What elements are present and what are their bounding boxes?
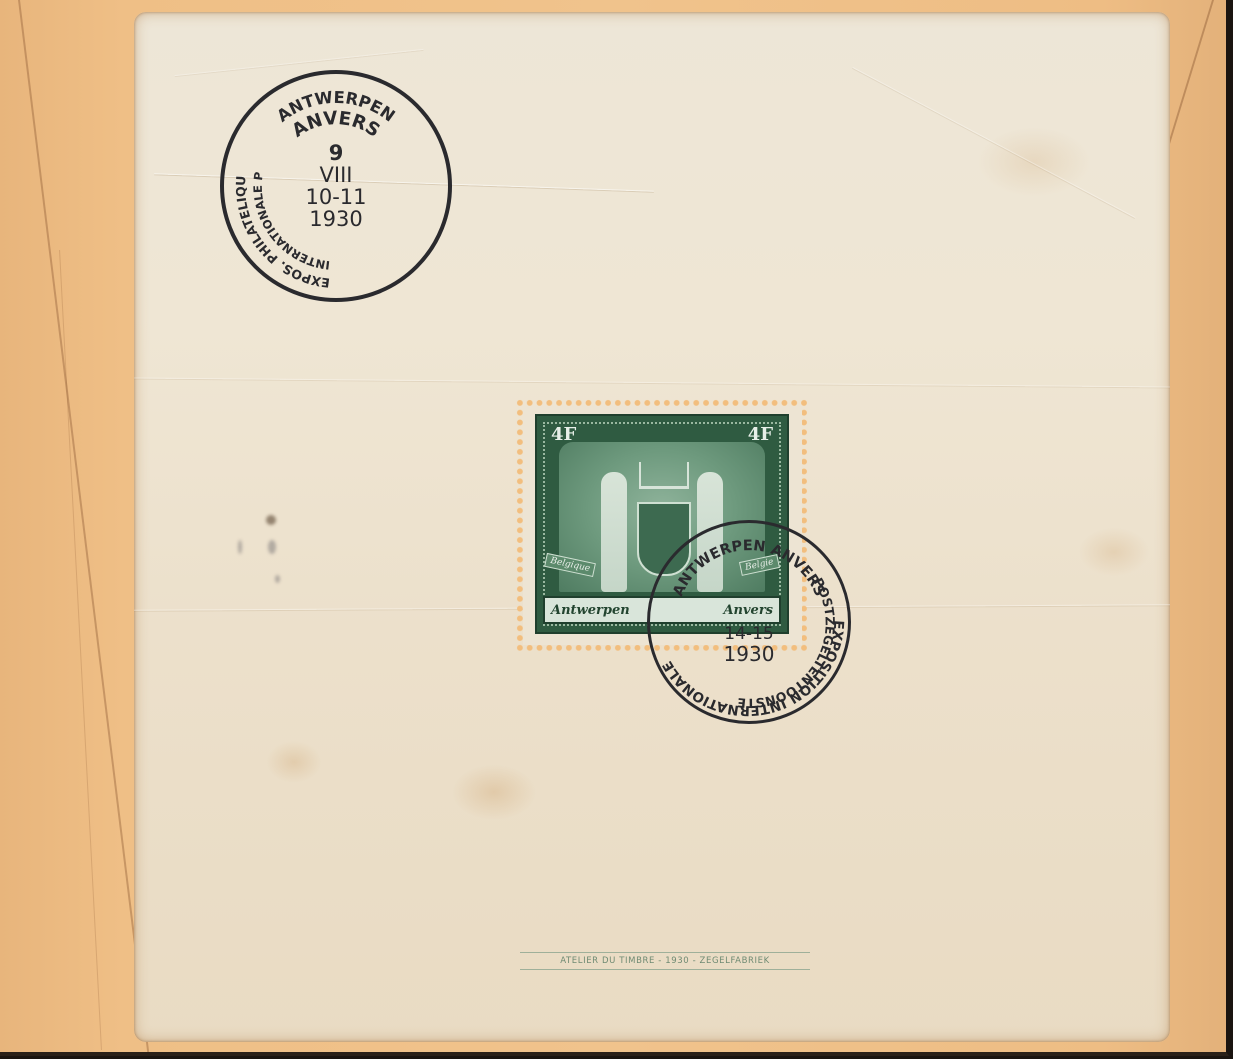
postmark-month: VIII [320,164,353,186]
paper-crease [134,377,1170,387]
envelope-fold [18,0,149,1052]
figure-left [601,472,627,592]
postmark-antwerpen-9-viii: ANTWERPEN ANVERS EXPOS. PHILATELIQUE INT… [220,70,452,302]
postmark-antwerpen-on-stamp: ANTWERPEN ANVERS POSTZEGELTENTOONSTELLIN… [647,520,851,724]
postmark-hours: 10-11 [305,186,366,208]
postmark-year: 1930 [309,208,362,230]
stamp-value-right: 4F [748,424,773,445]
envelope-fold [59,250,102,1050]
postmark-date: 9 VIII 10-11 1930 [224,74,448,298]
ink-smudge [238,540,242,554]
stamp-value-left: 4F [551,424,576,445]
postmark-date: 14-15 1930 [650,523,848,721]
postmark-year: 1930 [724,644,775,665]
banner-antwerpen: Antwerpen [551,603,630,618]
ink-smudge [266,515,276,525]
ink-smudge [275,575,280,583]
postmark-day: 9 [329,142,344,164]
ink-smudge [268,540,276,554]
paper-crease [852,67,1135,218]
crown-icon [639,462,689,489]
paper-crease [175,49,424,76]
printer-imprint: ATELIER DU TIMBRE - 1930 - ZEGELFABRIEK [520,952,810,970]
